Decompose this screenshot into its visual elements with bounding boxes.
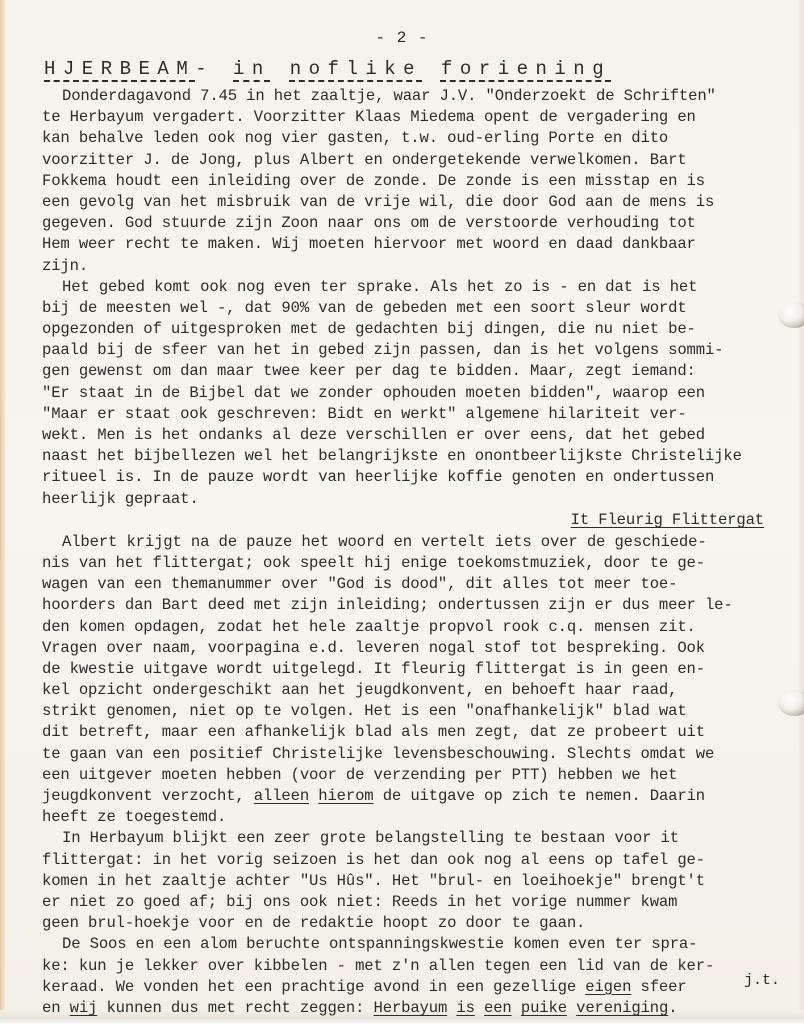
page-title: HJERBEAM- in noflike foriening: [44, 58, 611, 80]
text-line: wekt. Men is het ondanks al deze verschi…: [42, 425, 782, 446]
text-line: In Herbayum blijkt een zeer grote belang…: [42, 828, 782, 849]
text-line: Fokkema houdt een inleiding over de zond…: [42, 171, 782, 192]
text-line: kel opzicht ondergeschikt aan het jeugdk…: [42, 680, 782, 701]
text-line: paald bij de sfeer van het in gebed zijn…: [42, 340, 782, 361]
article-body: Donderdagavond 7.45 in het zaaltje, waar…: [42, 86, 782, 1019]
title-word: in: [233, 58, 271, 80]
text-line: kan behalve leden ook nog vier gasten, t…: [42, 128, 782, 149]
underlined-word: alleen: [254, 787, 309, 805]
text-line: hoorders dan Bart deed met zijn inleidin…: [42, 595, 782, 616]
text-line: keraad. We vonden het een prachtige avon…: [42, 977, 782, 998]
text-line: heeft ze toegestemd.: [42, 807, 782, 828]
text-span: [309, 787, 318, 805]
text-line: geen brul-hoekje voor en de redaktie hoo…: [42, 913, 782, 934]
underlined-word: is: [456, 999, 474, 1017]
text-line: en wij kunnen dus met recht zeggen: Herb…: [42, 998, 782, 1019]
text-line: "Er staat in de Bijbel dat we zonder oph…: [42, 383, 782, 404]
text-line: ritueel is. In de pauze wordt van heerli…: [42, 467, 782, 488]
text-line: Hem weer recht te maken. Wij moeten hier…: [42, 234, 782, 255]
title-word: noflike: [290, 58, 422, 80]
text-line: strikt genomen, niet op te volgen. Het i…: [42, 701, 782, 722]
text-line: heerlijk gepraat.: [42, 489, 782, 510]
text-line: nis van het flittergat; ook speelt hij e…: [42, 553, 782, 574]
text-line: Vragen over naam, voorpagina e.d. levere…: [42, 638, 782, 659]
page-edge-left: [0, 0, 6, 1024]
text-line: er niet zo goed af; bij ons ook niet: Re…: [42, 892, 782, 913]
text-line: dit betreft, maar een afhankelijk blad a…: [42, 722, 782, 743]
underlined-word: puike: [521, 999, 567, 1017]
text-line: wagen van een themanummer over "God is d…: [42, 574, 782, 595]
text-span: de uitgave op zich te nemen. Daarin: [374, 787, 705, 805]
text-line: voorzitter J. de Jong, plus Albert en on…: [42, 150, 782, 171]
text-line: Donderdagavond 7.45 in het zaaltje, waar…: [42, 86, 782, 107]
paragraph-meeting-intro: Donderdagavond 7.45 in het zaaltje, waar…: [42, 86, 782, 277]
text-span: keraad. We vonden het een prachtige avon…: [42, 978, 585, 996]
paragraph-interest: In Herbayum blijkt een zeer grote belang…: [42, 828, 782, 934]
page-edge-right: [798, 0, 804, 1024]
underlined-word: hierom: [318, 787, 373, 805]
text-line: te Herbayum vergadert. Voorzitter Klaas …: [42, 107, 782, 128]
underlined-word: vereniging: [576, 999, 668, 1017]
text-span: jeugdkonvent verzocht,: [42, 787, 254, 805]
underlined-word: eigen: [585, 978, 631, 996]
author-initials: j.t.: [744, 972, 780, 989]
title-word: foriening: [441, 58, 611, 80]
title-word: HJERBEAM: [44, 58, 195, 80]
text-line: Het gebed komt ook nog even ter sprake. …: [42, 277, 782, 298]
text-line: zijn.: [42, 256, 782, 277]
text-span: kunnen dus met recht zeggen:: [97, 999, 373, 1017]
text-line: gegeven. God stuurde zijn Zoon naar ons …: [42, 213, 782, 234]
text-span: en: [42, 999, 70, 1017]
paragraph-prayer: Het gebed komt ook nog even ter sprake. …: [42, 277, 782, 510]
paragraph-closing: De Soos en een alom beruchte ontspanning…: [42, 934, 782, 1019]
text-line: opgezonden of uitgesproken met de gedach…: [42, 319, 782, 340]
text-line: te gaan van een positief Christelijke le…: [42, 744, 782, 765]
underlined-word: een: [484, 999, 512, 1017]
text-line: De Soos en een alom beruchte ontspanning…: [42, 934, 782, 955]
text-span: .: [668, 999, 677, 1017]
text-line: den komen opdagen, zodat het hele zaaltj…: [42, 617, 782, 638]
title-separator: -: [195, 58, 233, 80]
text-span: sfeer: [631, 978, 686, 996]
page-number: - 2 -: [0, 29, 804, 47]
text-line: ke: kun je lekker over kibbelen - met z'…: [42, 956, 782, 977]
underlined-word: Herbayum: [373, 999, 447, 1017]
text-line: naast het bijbellezen wel het belangrijk…: [42, 446, 782, 467]
section-subheading: It Fleurig Flittergat: [42, 510, 782, 531]
text-line: de kwestie uitgave wordt uitgelegd. It f…: [42, 659, 782, 680]
text-line: flittergat: in het vorig seizoen is het …: [42, 850, 782, 871]
subheading-text: It Fleurig Flittergat: [571, 511, 764, 529]
text-line: een gevolg van het misbruik van de vrije…: [42, 192, 782, 213]
typewritten-page: - 2 - HJERBEAM- in noflike foriening Don…: [0, 0, 804, 1024]
text-line: "Maar er staat ook geschreven: Bidt en w…: [42, 404, 782, 425]
text-line: komen in het zaaltje achter "Us Hûs". He…: [42, 871, 782, 892]
underlined-word: wij: [70, 999, 98, 1017]
text-line: een uitgever moeten hebben (voor de verz…: [42, 765, 782, 786]
paragraph-flittergat: Albert krijgt na de pauze het woord en v…: [42, 532, 782, 829]
text-line: Albert krijgt na de pauze het woord en v…: [42, 532, 782, 553]
text-line: gen gewenst om dan maar twee keer per da…: [42, 361, 782, 382]
text-line: jeugdkonvent verzocht, alleen hierom de …: [42, 786, 782, 807]
text-line: bij de meesten wel -, dat 90% van de geb…: [42, 298, 782, 319]
